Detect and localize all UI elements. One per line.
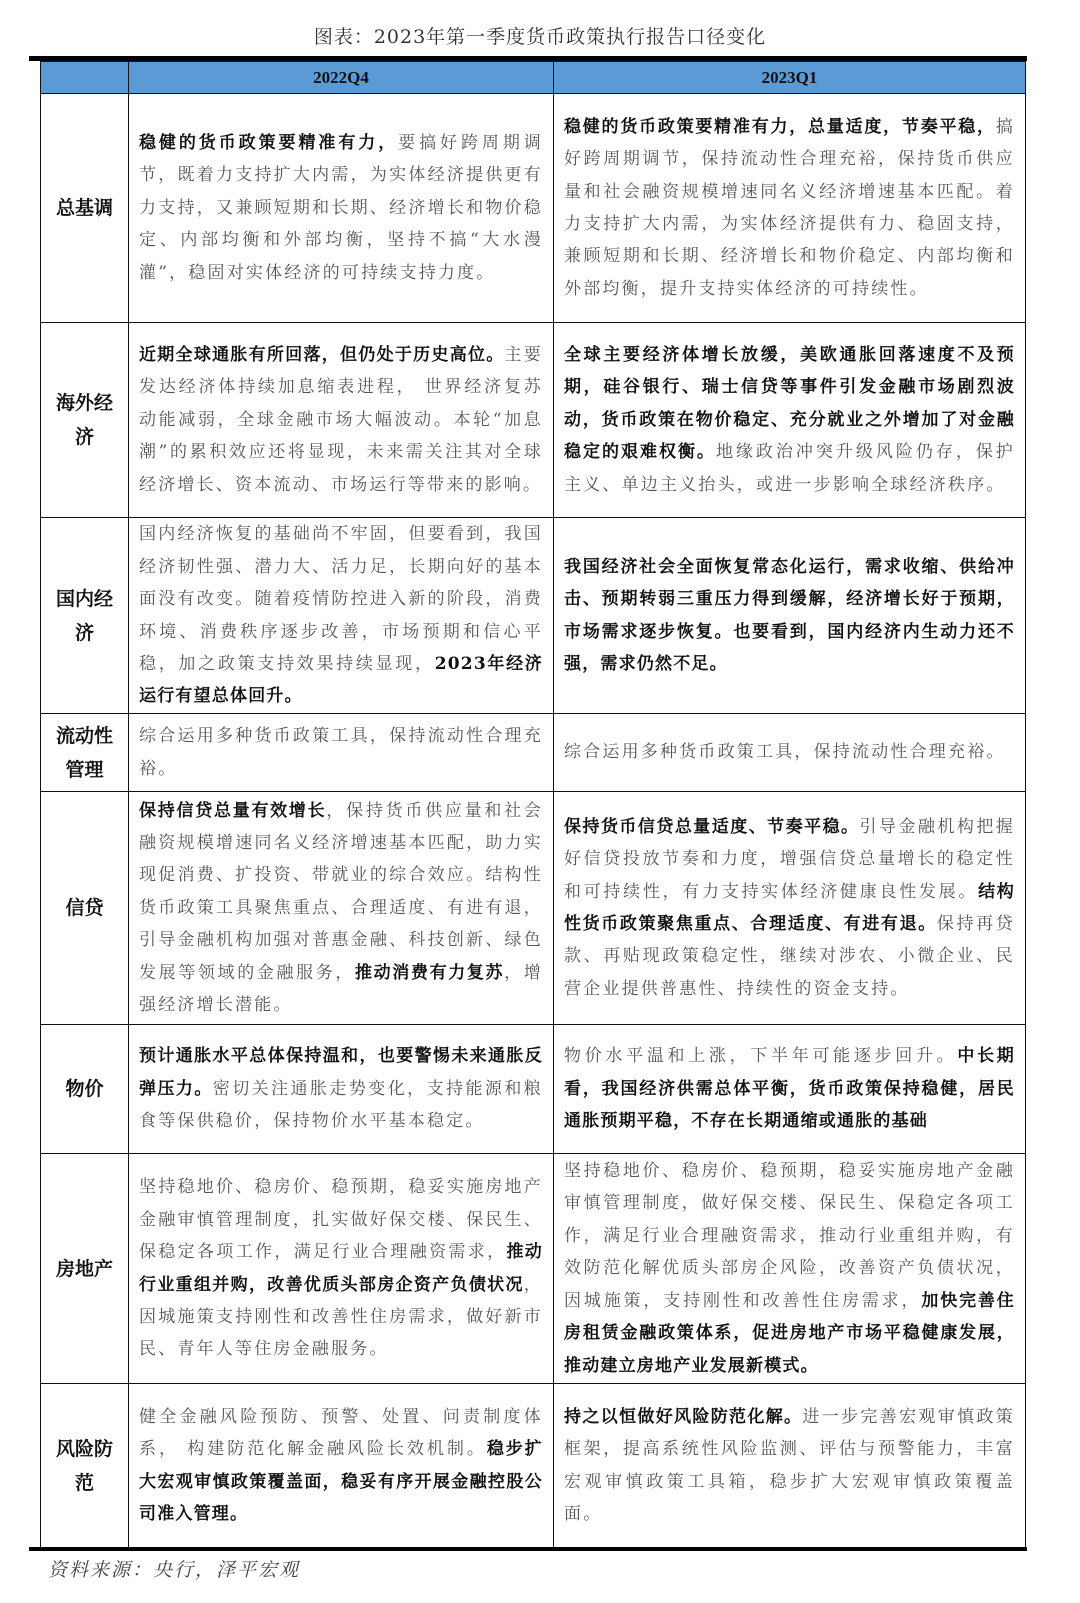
table-row-overseas-economy: 海外经济近期全球通胀有所回落，但仍处于历史高位。主要发达经济体持续加息缩表进程，… <box>41 323 1026 518</box>
table-row-prices: 物价预计通胀水平总体保持温和，也要警惕未来通胀反弹压力。密切关注通胀走势变化，支… <box>41 1025 1026 1154</box>
emphasized-text: 稳健的货币政策要精准有力， <box>139 133 398 153</box>
body-text: 主要发达经济体持续加息缩表进程， 世界经济复苏动能减弱，全球金融市场大幅波动。本… <box>139 345 543 495</box>
table-bottom-rule <box>29 1547 1027 1551</box>
body-text: 综合运用多种货币政策工具，保持流动性合理充裕。 <box>564 742 1006 762</box>
cell-2023q1: 我国经济社会全面恢复常态化运行，需求收缩、供给冲击、预期转弱三重压力得到缓解，经… <box>554 518 1026 714</box>
cell-2022q4: 保持信贷总量有效增长，保持货币供应量和社会融资规模增速同名义经济增速基本匹配，助… <box>129 792 554 1025</box>
cell-2023q1: 全球主要经济体增长放缓，美欧通胀回落速度不及预期，硅谷银行、瑞士信贷等事件引发金… <box>554 323 1026 518</box>
source-note: 资料来源：央行，泽平宏观 <box>48 1555 300 1582</box>
table-row-domestic-economy: 国内经济国内经济恢复的基础尚不牢固，但要看到，我国经济韧性强、潜力大、活力足，长… <box>41 518 1026 714</box>
cell-2023q1: 综合运用多种货币政策工具，保持流动性合理充裕。 <box>554 714 1026 792</box>
table-row-liquidity-management: 流动性管理综合运用多种货币政策工具，保持流动性合理充裕。综合运用多种货币政策工具… <box>41 714 1026 792</box>
cell-2023q1: 保持货币信贷总量适度、节奏平稳。引导金融机构把握好信贷投放节奏和力度，增强信贷总… <box>554 792 1026 1025</box>
body-text: 搞好跨周期调节，保持流动性合理充裕，保持货币供应量和社会融资规模增速同名义经济增… <box>564 117 1015 299</box>
row-label: 风险防范 <box>41 1384 129 1548</box>
row-label: 房地产 <box>41 1154 129 1384</box>
figure-title: 图表：2023年第一季度货币政策执行报告口径变化 <box>0 22 1080 49</box>
cell-2022q4: 近期全球通胀有所回落，但仍处于历史高位。主要发达经济体持续加息缩表进程， 世界经… <box>129 323 554 518</box>
table-row-real-estate: 房地产坚持稳地价、稳房价、稳预期，稳妥实施房地产金融审慎管理制度，扎实做好保交楼… <box>41 1154 1026 1384</box>
header-2023q1: 2023Q1 <box>554 62 1026 94</box>
row-label: 流动性管理 <box>41 714 129 792</box>
cell-2023q1: 坚持稳地价、稳房价、稳预期，稳妥实施房地产金融审慎管理制度，做好保交楼、保民生、… <box>554 1154 1026 1384</box>
header-2022q4: 2022Q4 <box>129 62 554 94</box>
cell-2022q4: 健全金融风险预防、预警、处置、问责制度体系， 构建防范化解金融风险长效机制。稳步… <box>129 1384 554 1548</box>
body-text: 坚持稳地价、稳房价、稳预期，稳妥实施房地产金融审慎管理制度，做好保交楼、保民生、… <box>564 1161 1015 1311</box>
cell-2023q1: 稳健的货币政策要精准有力，总量适度，节奏平稳，搞好跨周期调节，保持流动性合理充裕… <box>554 94 1026 323</box>
policy-comparison-table: 2022Q4 2023Q1 总基调稳健的货币政策要精准有力，要搞好跨周期调节，既… <box>40 61 1026 1548</box>
row-label: 物价 <box>41 1025 129 1154</box>
row-label: 国内经济 <box>41 518 129 714</box>
body-text: 国内经济恢复的基础尚不牢固，但要看到，我国经济韧性强、潜力大、活力足，长期向好的… <box>139 524 543 674</box>
table-row-risk-prevention: 风险防范健全金融风险预防、预警、处置、问责制度体系， 构建防范化解金融风险长效机… <box>41 1384 1026 1548</box>
emphasized-text: 保持信贷总量有效增长 <box>139 801 326 821</box>
table-row-general-tone: 总基调稳健的货币政策要精准有力，要搞好跨周期调节，既着力支持扩大内需，为实体经济… <box>41 94 1026 323</box>
cell-2022q4: 综合运用多种货币政策工具，保持流动性合理充裕。 <box>129 714 554 792</box>
table-header-row: 2022Q4 2023Q1 <box>41 62 1026 94</box>
emphasized-text: 我国经济社会全面恢复常态化运行，需求收缩、供给冲击、预期转弱三重压力得到缓解，经… <box>564 557 1015 674</box>
cell-2022q4: 国内经济恢复的基础尚不牢固，但要看到，我国经济韧性强、潜力大、活力足，长期向好的… <box>129 518 554 714</box>
header-category <box>41 62 129 94</box>
body-text: 综合运用多种货币政策工具，保持流动性合理充裕。 <box>139 726 543 778</box>
emphasized-text: 保持货币信贷总量适度、节奏平稳。 <box>564 817 860 837</box>
cell-2022q4: 坚持稳地价、稳房价、稳预期，稳妥实施房地产金融审慎管理制度，扎实做好保交楼、保民… <box>129 1154 554 1384</box>
cell-2023q1: 持之以恒做好风险防范化解。进一步完善宏观审慎政策框架，提高系统性风险监测、评估与… <box>554 1384 1026 1548</box>
body-text: 坚持稳地价、稳房价、稳预期，稳妥实施房地产金融审慎管理制度，扎实做好保交楼、保民… <box>139 1177 543 1262</box>
row-label: 海外经济 <box>41 323 129 518</box>
emphasized-text: 稳健的货币政策要精准有力，总量适度，节奏平稳， <box>564 117 996 137</box>
body-text: ，保持货币供应量和社会融资规模增速同名义经济增速基本匹配，助力实现促消费、扩投资… <box>139 801 543 983</box>
cell-2022q4: 预计通胀水平总体保持温和，也要警惕未来通胀反弹压力。密切关注通胀走势变化，支持能… <box>129 1025 554 1154</box>
emphasized-text: 推动消费有力复苏 <box>355 963 504 983</box>
body-text: 要搞好跨周期调节，既着力支持扩大内需，为实体经济提供更有力支持，又兼顾短期和长期… <box>139 133 543 283</box>
body-text: 健全金融风险预防、预警、处置、问责制度体系， 构建防范化解金融风险长效机制。 <box>139 1407 543 1459</box>
cell-2022q4: 稳健的货币政策要精准有力，要搞好跨周期调节，既着力支持扩大内需，为实体经济提供更… <box>129 94 554 323</box>
row-label: 信贷 <box>41 792 129 1025</box>
cell-2023q1: 物价水平温和上涨，下半年可能逐步回升。中长期看，我国经济供需总体平衡，货币政策保… <box>554 1025 1026 1154</box>
table-row-credit: 信贷保持信贷总量有效增长，保持货币供应量和社会融资规模增速同名义经济增速基本匹配… <box>41 792 1026 1025</box>
emphasized-text: 持之以恒做好风险防范化解。 <box>564 1407 802 1427</box>
emphasized-text: 近期全球通胀有所回落，但仍处于历史高位。 <box>139 345 505 365</box>
body-text: 物价水平温和上涨，下半年可能逐步回升。 <box>564 1046 957 1066</box>
row-label: 总基调 <box>41 94 129 323</box>
